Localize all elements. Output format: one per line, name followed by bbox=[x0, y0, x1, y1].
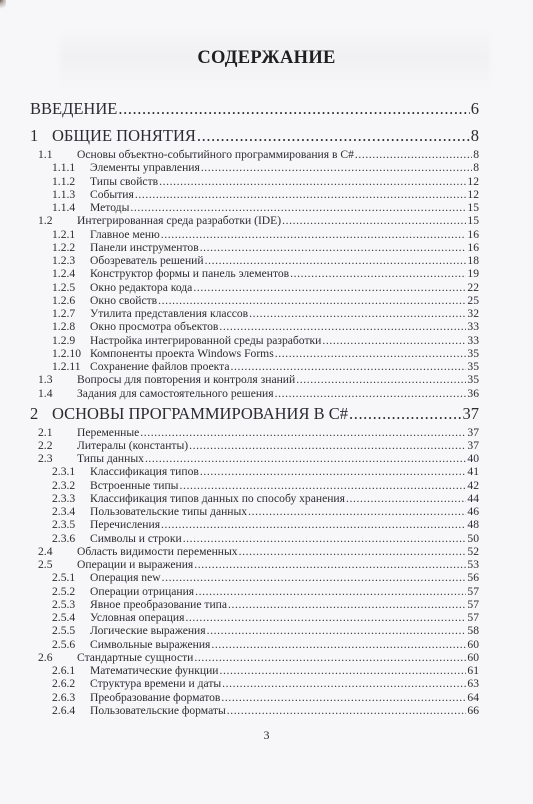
dot-leader bbox=[183, 532, 467, 545]
toc-entry-body: Утилита представления классов32 bbox=[90, 307, 479, 320]
toc-entry[interactable]: 1.2.7Утилита представления классов32 bbox=[52, 307, 479, 320]
dot-leader bbox=[185, 611, 466, 624]
toc-entry[interactable]: 1.2.1Главное меню16 bbox=[52, 228, 479, 241]
dot-leader bbox=[239, 545, 467, 558]
toc-entry-label: Структура времени и даты bbox=[90, 677, 221, 690]
toc-entry[interactable]: 1.3Вопросы для повторения и контроля зна… bbox=[38, 373, 479, 386]
toc-entry-label: Типы свойств bbox=[90, 175, 158, 188]
toc-entry-label: Окно свойств bbox=[90, 294, 157, 307]
toc-entry-label: Вопросы для повторения и контроля знаний bbox=[77, 373, 295, 386]
toc-entry-body: Символы и строки50 bbox=[90, 532, 479, 545]
toc-entry-label: Операции и выражения bbox=[77, 558, 193, 571]
toc-entry-page: 52 bbox=[467, 545, 479, 558]
toc-entry-page: 33 bbox=[467, 320, 479, 333]
toc-entry-body: Классификация типов41 bbox=[90, 465, 479, 478]
toc-entry-label: ОСНОВЫ ПРОГРАММИРОВАНИЯ В C# bbox=[52, 404, 348, 424]
toc-entry-body: Переменные37 bbox=[77, 426, 479, 439]
toc-entry-number: 2.6.2 bbox=[52, 677, 75, 690]
toc-entry-number: 2.6.4 bbox=[52, 704, 75, 717]
toc-entry-number: 1.2.9 bbox=[52, 334, 75, 347]
toc-entry[interactable]: 1.2.9Настройка интегрированной среды раз… bbox=[52, 334, 479, 347]
toc-entry-number: 2.3.5 bbox=[52, 518, 75, 531]
toc-entry-body: Методы15 bbox=[90, 201, 479, 214]
dot-leader bbox=[189, 439, 466, 452]
toc-entry[interactable]: 1ОБЩИЕ ПОНЯТИЯ8 bbox=[30, 126, 479, 146]
toc-entry-body: Преобразование форматов64 bbox=[90, 691, 479, 704]
toc-entry[interactable]: 2.3Типы данных40 bbox=[38, 452, 479, 465]
page-edge-shadow bbox=[0, 0, 6, 14]
toc-entry-number: 1.2.7 bbox=[52, 307, 75, 320]
toc-entry-page: 18 bbox=[467, 254, 479, 267]
toc-entry-body: Основы объектно-событийного программиров… bbox=[77, 148, 479, 161]
toc-entry[interactable]: 1.2.5Окно редактора кода22 bbox=[52, 281, 479, 294]
dot-leader bbox=[179, 479, 466, 492]
toc-entry[interactable]: 1.4Задания для самостоятельного решения3… bbox=[38, 387, 479, 400]
toc-entry-label: Классификация типов bbox=[90, 465, 199, 478]
dot-leader bbox=[205, 254, 467, 267]
toc-entry[interactable]: 1.1.1Элементы управления8 bbox=[52, 161, 479, 174]
toc-entry[interactable]: 2.6Стандартные сущности60 bbox=[38, 651, 479, 664]
dot-leader bbox=[290, 267, 466, 280]
toc-entry-page: 22 bbox=[467, 281, 479, 294]
toc-entry-body: Встроенные типы42 bbox=[90, 479, 479, 492]
toc-entry-number: 2.2 bbox=[38, 439, 53, 452]
dot-leader bbox=[161, 228, 467, 241]
dot-leader bbox=[221, 691, 466, 704]
toc-entry[interactable]: ВВЕДЕНИЕ6 bbox=[30, 99, 479, 119]
toc-entry-body: Пользовательские форматы66 bbox=[90, 704, 479, 717]
dot-leader bbox=[201, 161, 472, 174]
toc-entry[interactable]: 1.2.8Окно просмотра объектов33 bbox=[52, 320, 479, 333]
dot-leader bbox=[275, 347, 467, 360]
toc-entry-body: Структура времени и даты63 bbox=[90, 677, 479, 690]
toc-entry-number: 2.3.1 bbox=[52, 465, 75, 478]
toc-entry-page: 12 bbox=[467, 175, 479, 188]
toc-entry-number: 1.1 bbox=[38, 148, 53, 161]
toc-entry-body: ВВЕДЕНИЕ6 bbox=[30, 99, 479, 119]
dot-leader bbox=[227, 704, 467, 717]
toc-entry-number: 1.2.11 bbox=[52, 360, 81, 373]
toc-entry-number: 1.4 bbox=[38, 387, 53, 400]
toc-entry-number: 1.2 bbox=[38, 214, 53, 227]
toc-entry-number: 2.6.1 bbox=[52, 664, 75, 677]
toc-entry-page: 57 bbox=[467, 585, 479, 598]
toc-entry-label: Условная операция bbox=[90, 611, 184, 624]
toc-entry-number: 2.4 bbox=[38, 545, 53, 558]
dot-leader bbox=[322, 334, 466, 347]
toc-entry-body: Операции и выражения53 bbox=[77, 558, 479, 571]
toc-entry-page: 19 bbox=[467, 267, 479, 280]
toc-entry-number: 1.2.6 bbox=[52, 294, 75, 307]
toc-entry[interactable]: 2.6.1Математические функции61 bbox=[52, 664, 479, 677]
toc-entry-number: 1.1.3 bbox=[52, 188, 75, 201]
toc-entry-body: Классификация типов данных по способу хр… bbox=[90, 492, 479, 505]
dot-leader bbox=[231, 360, 467, 373]
toc-entry-number: 2.5 bbox=[38, 558, 53, 571]
toc-entry-label: Стандартные сущности bbox=[77, 651, 193, 664]
toc-entry-page: 63 bbox=[467, 677, 479, 690]
toc-entry-number: 2.5.4 bbox=[52, 611, 75, 624]
toc-entry-label: Основы объектно-событийного программиров… bbox=[77, 148, 354, 161]
toc-entry-label: Преобразование форматов bbox=[90, 691, 220, 704]
toc-entry-label: Явное преобразование типа bbox=[90, 598, 227, 611]
toc-entry[interactable]: 2.1Переменные37 bbox=[38, 426, 479, 439]
toc-entry-body: Панели инструментов16 bbox=[90, 241, 479, 254]
toc-entry-page: 58 bbox=[467, 624, 479, 637]
toc-entry-page: 33 bbox=[467, 334, 479, 347]
toc-entry[interactable]: 2.3.1Классификация типов41 bbox=[52, 465, 479, 478]
toc-entry-body: Типы данных40 bbox=[77, 452, 479, 465]
toc-entry-number: 1 bbox=[30, 126, 38, 146]
toc-entry[interactable]: 1.2.4Конструктор формы и панель элементо… bbox=[52, 267, 479, 280]
dot-leader bbox=[207, 624, 467, 637]
toc-entry-body: Литералы (константы)37 bbox=[77, 439, 479, 452]
toc-entry-body: ОБЩИЕ ПОНЯТИЯ8 bbox=[52, 126, 479, 146]
dot-leader bbox=[219, 320, 466, 333]
page-number: 3 bbox=[0, 728, 533, 743]
toc-entry-body: Окно просмотра объектов33 bbox=[90, 320, 479, 333]
toc-entry[interactable]: 2.5Операции и выражения53 bbox=[38, 558, 479, 571]
toc-entry-page: 50 bbox=[467, 532, 479, 545]
toc-entry[interactable]: 2.5.1Операция new56 bbox=[52, 571, 479, 584]
toc-entry-page: 8 bbox=[473, 161, 479, 174]
toc-entry-body: Вопросы для повторения и контроля знаний… bbox=[77, 373, 479, 386]
toc-entry-page: 42 bbox=[467, 479, 479, 492]
toc-entry-label: Символы и строки bbox=[90, 532, 182, 545]
toc-entry-number: 1.1.1 bbox=[52, 161, 75, 174]
toc-entry[interactable]: 1.2.6Окно свойств25 bbox=[52, 294, 479, 307]
toc-entry-page: 8 bbox=[471, 126, 479, 146]
toc-entry-body: Конструктор формы и панель элементов19 bbox=[90, 267, 479, 280]
toc-entry-body: Сохранение файлов проекта35 bbox=[90, 360, 479, 373]
toc-entry-label: Литералы (константы) bbox=[77, 439, 188, 452]
toc-entry[interactable]: 1.2.2Панели инструментов16 bbox=[52, 241, 479, 254]
dot-leader bbox=[355, 148, 472, 161]
toc-entry-page: 12 bbox=[467, 188, 479, 201]
toc-entry-label: ВВЕДЕНИЕ bbox=[30, 99, 117, 119]
toc-entry[interactable]: 1.2.10Компоненты проекта Windows Forms35 bbox=[52, 347, 479, 360]
toc-entry-page: 57 bbox=[467, 598, 479, 611]
page-title: СОДЕРЖАНИЕ bbox=[0, 48, 533, 69]
toc-entry[interactable]: 2.6.3Преобразование форматов64 bbox=[52, 691, 479, 704]
toc-entry-label: Типы данных bbox=[77, 452, 144, 465]
dot-leader bbox=[197, 126, 470, 146]
toc-entry[interactable]: 1.1.4Методы15 bbox=[52, 201, 479, 214]
toc-entry[interactable]: 2.3.4Пользовательские типы данных46 bbox=[52, 505, 479, 518]
toc-entry-page: 6 bbox=[471, 99, 479, 119]
toc-entry-label: Задания для самостоятельного решения bbox=[77, 387, 274, 400]
toc-entry-number: 2.5.1 bbox=[52, 571, 75, 584]
dot-leader bbox=[220, 664, 467, 677]
toc-entry-number: 2.5.5 bbox=[52, 624, 75, 637]
toc-entry-body: Явное преобразование типа57 bbox=[90, 598, 479, 611]
toc-entry[interactable]: 2.5.6Символьные выражения60 bbox=[52, 638, 479, 651]
toc-entry[interactable]: 2.3.2Встроенные типы42 bbox=[52, 479, 479, 492]
toc-entry-page: 40 bbox=[467, 452, 479, 465]
toc-entry-page: 64 bbox=[467, 691, 479, 704]
toc-entry-page: 61 bbox=[467, 664, 479, 677]
toc-entry[interactable]: 1.1.2Типы свойств12 bbox=[52, 175, 479, 188]
dot-leader bbox=[145, 452, 466, 465]
dot-leader bbox=[193, 281, 466, 294]
toc-entry-label: Окно редактора кода bbox=[90, 281, 192, 294]
toc-entry-page: 8 bbox=[473, 148, 479, 161]
toc-entry-label: ОБЩИЕ ПОНЯТИЯ bbox=[52, 126, 196, 146]
toc-entry[interactable]: 2.4Область видимости переменных52 bbox=[38, 545, 479, 558]
toc-entry-label: Конструктор формы и панель элементов bbox=[90, 267, 289, 280]
dot-leader bbox=[282, 214, 466, 227]
toc-entry[interactable]: 2.2Литералы (константы)37 bbox=[38, 439, 479, 452]
toc-entry-label: Обозреватель решений bbox=[90, 254, 204, 267]
dot-leader bbox=[296, 373, 466, 386]
toc-entry-body: Символьные выражения60 bbox=[90, 638, 479, 651]
toc-entry-label: Элементы управления bbox=[90, 161, 200, 174]
toc-entry-page: 56 bbox=[467, 571, 479, 584]
toc-entry-number: 2.3.3 bbox=[52, 492, 75, 505]
dot-leader bbox=[130, 201, 466, 214]
toc-entry-label: Классификация типов данных по способу хр… bbox=[90, 492, 345, 505]
toc-entry-page: 36 bbox=[467, 387, 479, 400]
toc-entry[interactable]: 2.5.2Операции отрицания57 bbox=[52, 585, 479, 598]
toc-entry-page: 53 bbox=[467, 558, 479, 571]
toc-entry-page: 16 bbox=[467, 241, 479, 254]
dot-leader bbox=[222, 677, 466, 690]
toc-entry-body: ОСНОВЫ ПРОГРАММИРОВАНИЯ В C#37 bbox=[52, 404, 479, 424]
toc-entry-label: Сохранение файлов проекта bbox=[90, 360, 230, 373]
toc-entry-number: 1.2.3 bbox=[52, 254, 75, 267]
toc-entry-label: Перечисления bbox=[90, 518, 160, 531]
toc-entry-label: Компоненты проекта Windows Forms bbox=[90, 347, 274, 360]
dot-leader bbox=[195, 585, 466, 598]
toc-entry[interactable]: 2.3.3Классификация типов данных по спосо… bbox=[52, 492, 479, 505]
dot-leader bbox=[248, 505, 466, 518]
toc-entry-page: 41 bbox=[467, 465, 479, 478]
toc-entry-label: Интегрированная среда разработки (IDE) bbox=[77, 214, 281, 227]
toc-entry-page: 15 bbox=[467, 201, 479, 214]
toc-entry[interactable]: 2.5.4Условная операция57 bbox=[52, 611, 479, 624]
toc-entry-number: 1.1.4 bbox=[52, 201, 75, 214]
toc-entry-label: Область видимости переменных bbox=[77, 545, 238, 558]
toc-entry-label: Пользовательские типы данных bbox=[90, 505, 247, 518]
toc-entry-number: 2.3.4 bbox=[52, 505, 75, 518]
dot-leader bbox=[200, 241, 467, 254]
dot-leader bbox=[194, 651, 466, 664]
toc-entry-body: Операция new56 bbox=[90, 571, 479, 584]
toc-entry[interactable]: 2ОСНОВЫ ПРОГРАММИРОВАНИЯ В C#37 bbox=[30, 404, 479, 424]
toc-entry[interactable]: 1.1Основы объектно-событийного программи… bbox=[38, 148, 479, 161]
toc-entry-number: 1.2.10 bbox=[52, 347, 81, 360]
toc-entry-label: Пользовательские форматы bbox=[90, 704, 226, 717]
toc-entry-page: 60 bbox=[467, 651, 479, 664]
dot-leader bbox=[346, 492, 466, 505]
dot-leader bbox=[161, 518, 466, 531]
toc-entry-label: Окно просмотра объектов bbox=[90, 320, 218, 333]
toc-entry-body: Задания для самостоятельного решения36 bbox=[77, 387, 479, 400]
toc-entry-number: 2.3.2 bbox=[52, 479, 75, 492]
toc-entry-number: 2.5.6 bbox=[52, 638, 75, 651]
toc-entry-body: Компоненты проекта Windows Forms35 bbox=[90, 347, 479, 360]
toc-entry-number: 1.1.2 bbox=[52, 175, 75, 188]
toc-entry-label: Математические функции bbox=[90, 664, 219, 677]
toc-entry-body: Область видимости переменных52 bbox=[77, 545, 479, 558]
toc-entry-page: 25 bbox=[467, 294, 479, 307]
toc-entry-body: Математические функции61 bbox=[90, 664, 479, 677]
dot-leader bbox=[349, 404, 462, 424]
toc-entry-body: Окно редактора кода22 bbox=[90, 281, 479, 294]
toc-entry-label: Переменные bbox=[77, 426, 139, 439]
toc-entry-number: 1.2.8 bbox=[52, 320, 75, 333]
toc-entry[interactable]: 2.5.5Логические выражения58 bbox=[52, 624, 479, 637]
toc-entry-label: Панели инструментов bbox=[90, 241, 199, 254]
toc-entry-label: Методы bbox=[90, 201, 129, 214]
toc-entry[interactable]: 1.2Интегрированная среда разработки (IDE… bbox=[38, 214, 479, 227]
toc-entry-number: 2.6 bbox=[38, 651, 53, 664]
toc-entry[interactable]: 2.6.4Пользовательские форматы66 bbox=[52, 704, 479, 717]
dot-leader bbox=[228, 598, 466, 611]
toc-entry[interactable]: 2.3.6Символы и строки50 bbox=[52, 532, 479, 545]
toc-entry-body: Стандартные сущности60 bbox=[77, 651, 479, 664]
dot-leader bbox=[194, 558, 466, 571]
toc-entry[interactable]: 1.2.3Обозреватель решений18 bbox=[52, 254, 479, 267]
toc-entry-body: События12 bbox=[90, 188, 479, 201]
toc-entry-body: Элементы управления8 bbox=[90, 161, 479, 174]
dot-leader bbox=[200, 465, 467, 478]
toc-entry-body: Пользовательские типы данных46 bbox=[90, 505, 479, 518]
toc-entry-number: 2.3 bbox=[38, 452, 53, 465]
toc-entry-body: Обозреватель решений18 bbox=[90, 254, 479, 267]
toc-entry-body: Главное меню16 bbox=[90, 228, 479, 241]
toc-entry-label: Главное меню bbox=[90, 228, 160, 241]
toc-entry[interactable]: 2.6.2Структура времени и даты63 bbox=[52, 677, 479, 690]
dot-leader bbox=[158, 294, 466, 307]
dot-leader bbox=[118, 99, 469, 119]
toc-entry-body: Окно свойств25 bbox=[90, 294, 479, 307]
toc-entry-number: 2.5.2 bbox=[52, 585, 75, 598]
toc-entry-number: 1.2.1 bbox=[52, 228, 75, 241]
toc-entry-page: 35 bbox=[467, 373, 479, 386]
toc-entry-page: 16 bbox=[467, 228, 479, 241]
toc-entry-page: 48 bbox=[467, 518, 479, 531]
toc-entry[interactable]: 2.5.3Явное преобразование типа57 bbox=[52, 598, 479, 611]
toc-entry-page: 66 bbox=[467, 704, 479, 717]
toc-entry-number: 2.3.6 bbox=[52, 532, 75, 545]
toc-entry-number: 1.2.5 bbox=[52, 281, 75, 294]
toc-entry-label: События bbox=[90, 188, 134, 201]
toc-entry-body: Логические выражения58 bbox=[90, 624, 479, 637]
dot-leader bbox=[211, 638, 466, 651]
dot-leader bbox=[275, 387, 467, 400]
toc-entry[interactable]: 1.2.11Сохранение файлов проекта35 bbox=[52, 360, 479, 373]
dot-leader bbox=[159, 175, 466, 188]
toc-entry-page: 35 bbox=[467, 347, 479, 360]
toc-entry-label: Операции отрицания bbox=[90, 585, 194, 598]
dot-leader bbox=[135, 188, 467, 201]
toc-entry-label: Утилита представления классов bbox=[90, 307, 248, 320]
toc-entry-label: Настройка интегрированной среды разработ… bbox=[90, 334, 321, 347]
toc-entry-page: 46 bbox=[467, 505, 479, 518]
toc-entry-body: Настройка интегрированной среды разработ… bbox=[90, 334, 479, 347]
toc-entry[interactable]: 1.1.3События12 bbox=[52, 188, 479, 201]
toc-entry-number: 2.5.3 bbox=[52, 598, 75, 611]
toc-entry-page: 60 bbox=[467, 638, 479, 651]
toc-entry-page: 15 bbox=[467, 214, 479, 227]
toc-entry-page: 37 bbox=[463, 404, 480, 424]
toc-entry-body: Интегрированная среда разработки (IDE)15 bbox=[77, 214, 479, 227]
toc-entry[interactable]: 2.3.5Перечисления48 bbox=[52, 518, 479, 531]
toc-entry-label: Встроенные типы bbox=[90, 479, 178, 492]
dot-leader bbox=[140, 426, 466, 439]
toc-entry-page: 37 bbox=[467, 439, 479, 452]
toc-entry-page: 32 bbox=[467, 307, 479, 320]
toc-entry-page: 57 bbox=[467, 611, 479, 624]
toc-entry-number: 2.6.3 bbox=[52, 691, 75, 704]
toc-entry-number: 1.2.2 bbox=[52, 241, 75, 254]
toc-entry-label: Операция new bbox=[90, 571, 161, 584]
toc-entry-page: 44 bbox=[467, 492, 479, 505]
dot-leader bbox=[162, 571, 467, 584]
toc-entry-number: 2 bbox=[30, 404, 38, 424]
toc-entry-body: Перечисления48 bbox=[90, 518, 479, 531]
toc-entry-body: Операции отрицания57 bbox=[90, 585, 479, 598]
toc-entry-number: 1.3 bbox=[38, 373, 53, 386]
toc-entry-body: Условная операция57 bbox=[90, 611, 479, 624]
toc-entry-label: Логические выражения bbox=[90, 624, 206, 637]
toc-entry-label: Символьные выражения bbox=[90, 638, 210, 651]
dot-leader bbox=[249, 307, 466, 320]
toc-entry-number: 2.1 bbox=[38, 426, 53, 439]
toc-entry-number: 1.2.4 bbox=[52, 267, 75, 280]
toc-entry-body: Типы свойств12 bbox=[90, 175, 479, 188]
toc-entry-page: 35 bbox=[467, 360, 479, 373]
toc-entry-page: 37 bbox=[467, 426, 479, 439]
